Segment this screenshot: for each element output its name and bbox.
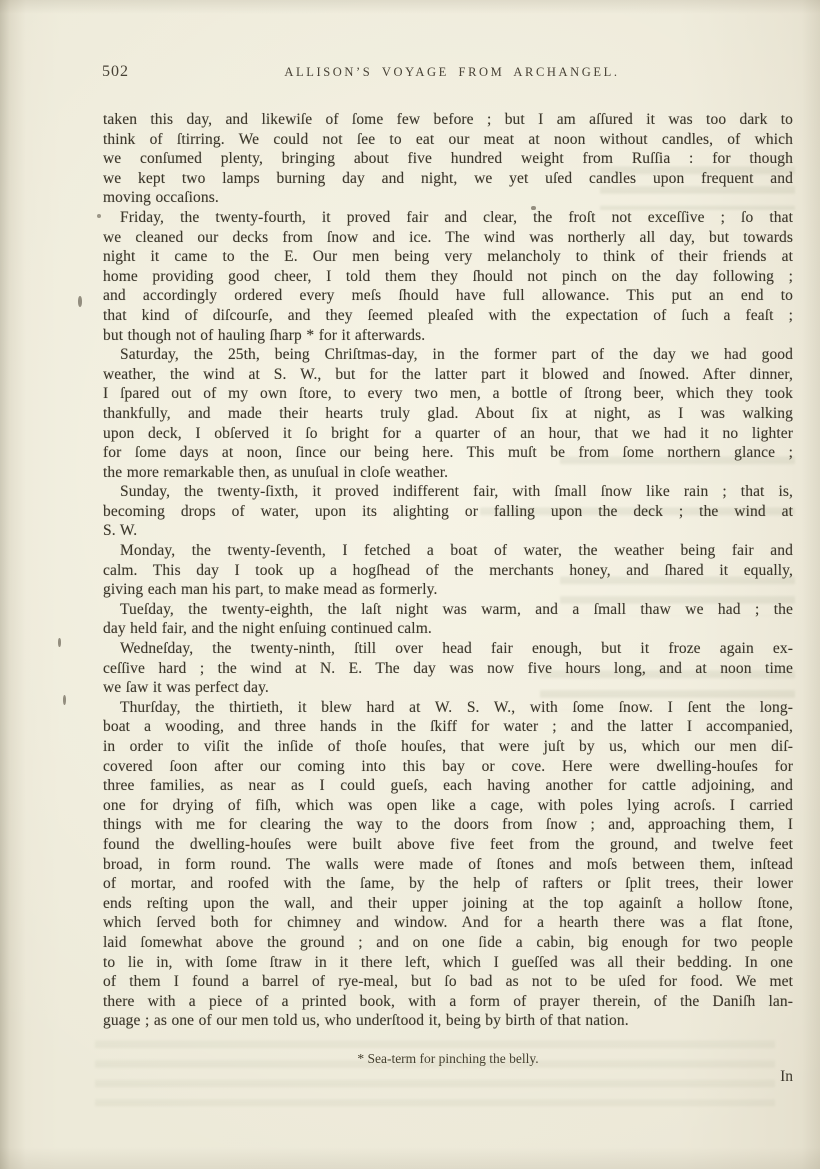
text-line: guage ; as one of our men told us, who u…: [103, 1011, 793, 1031]
text-line: ends reſting upon the wall, and their up…: [103, 894, 793, 914]
paragraph: Wedneſday, the twenty-ninth, ſtill over …: [103, 639, 793, 698]
ink-speck: [78, 296, 82, 307]
text-line: becoming drops of water, upon its alight…: [103, 502, 793, 522]
text-line: in order to viſit the inſide of thoſe ho…: [103, 737, 793, 757]
text-line: for ſome days at noon, ſince our being h…: [103, 443, 793, 463]
footnote: * Sea-term for pinching the belly.: [103, 1051, 793, 1067]
ink-speck: [58, 638, 61, 647]
text-line: of mortar, and roofed with the ſame, by …: [103, 874, 793, 894]
text-line: the more remarkable then, as unuſual in …: [103, 463, 793, 483]
ink-speck: [63, 695, 66, 705]
text-line: we cleaned our decks from ſnow and ice. …: [103, 228, 793, 248]
paragraph: Monday, the twenty-ſeventh, I fetched a …: [103, 541, 793, 600]
text-line: broad, in form round. The walls were mad…: [103, 855, 793, 875]
text-line: and accordingly ordered every meſs ſhoul…: [103, 286, 793, 306]
paragraph: Friday, the twenty-fourth, it proved fai…: [103, 208, 793, 345]
text-line: we ſaw it was perfect day.: [103, 678, 793, 698]
paragraph: Saturday, the 25th, being Chriſtmas-day,…: [103, 345, 793, 482]
text-line: Friday, the twenty-fourth, it proved fai…: [103, 208, 793, 228]
text-line: there with a piece of a printed book, wi…: [103, 992, 793, 1012]
body-text: taken this day, and likewiſe of ſome few…: [103, 110, 793, 1031]
text-line: home providing good cheer, I told them t…: [103, 267, 793, 287]
text-line: ceſſive hard ; the wind at N. E. The day…: [103, 659, 793, 679]
text-line: one for drying of fiſh, which was open l…: [103, 796, 793, 816]
text-line: laid ſomewhat above the ground ; and on …: [103, 933, 793, 953]
paragraph: Sunday, the twenty-ſixth, it proved indi…: [103, 482, 793, 541]
paragraph: taken this day, and likewiſe of ſome few…: [103, 110, 793, 208]
text-line: to lie in, with ſome ſtraw in it there l…: [103, 953, 793, 973]
text-line: we conſumed plenty, bringing about five …: [103, 149, 793, 169]
text-line: that kind of diſcourſe, and they ſeemed …: [103, 306, 793, 326]
text-line: found the dwelling-houſes were built abo…: [103, 835, 793, 855]
text-line: we kept two lamps burning day and night,…: [103, 169, 793, 189]
text-line: taken this day, and likewiſe of ſome few…: [103, 110, 793, 130]
text-line: S. W.: [103, 521, 793, 541]
text-line: Wedneſday, the twenty-ninth, ſtill over …: [103, 639, 793, 659]
text-line: upon deck, I obſerved it ſo bright for a…: [103, 424, 793, 444]
text-line: day held fair, and the night enſuing con…: [103, 619, 793, 639]
text-line: boat a wooding, and three hands in the ſ…: [103, 717, 793, 737]
text-line: I ſpared out of my own ſtore, to every t…: [103, 384, 793, 404]
running-header: ALLISON’S VOYAGE FROM ARCHANGEL.: [112, 65, 792, 80]
text-line: of them I found a barrel of rye-meal, bu…: [103, 972, 793, 992]
text-line: Thurſday, the thirtieth, it blew hard at…: [103, 698, 793, 718]
text-line: covered ſoon after our coming into this …: [103, 757, 793, 777]
text-line: night it came to the E. Our men being ve…: [103, 247, 793, 267]
text-line: three families, as near as I could gueſs…: [103, 776, 793, 796]
text-line: Monday, the twenty-ſeventh, I fetched a …: [103, 541, 793, 561]
ink-speck: [97, 214, 101, 218]
text-line: Saturday, the 25th, being Chriſtmas-day,…: [103, 345, 793, 365]
text-line: weather, the wind at S. W., but for the …: [103, 365, 793, 385]
text-line: thankfully, and made their hearts truly …: [103, 404, 793, 424]
text-line: which ſerved both for chimney and window…: [103, 913, 793, 933]
text-line: moving occaſions.: [103, 188, 793, 208]
text-line: think of ſtirring. We could not ſee to e…: [103, 130, 793, 150]
paragraph: Tueſday, the twenty-eighth, the laſt nig…: [103, 600, 793, 639]
text-line: Tueſday, the twenty-eighth, the laſt nig…: [103, 600, 793, 620]
text-line: Sunday, the twenty-ſixth, it proved indi…: [103, 482, 793, 502]
text-line: giving each man his part, to make mead a…: [103, 580, 793, 600]
catchword: In: [103, 1068, 793, 1086]
text-line: things with me for clearing the way to t…: [103, 815, 793, 835]
text-line: calm. This day I took up a hogſhead of t…: [103, 561, 793, 581]
scanned-page: 502 ALLISON’S VOYAGE FROM ARCHANGEL. tak…: [0, 0, 820, 1169]
text-line: but though not of hauling ſharp * for it…: [103, 326, 793, 346]
paragraph: Thurſday, the thirtieth, it blew hard at…: [103, 698, 793, 1031]
